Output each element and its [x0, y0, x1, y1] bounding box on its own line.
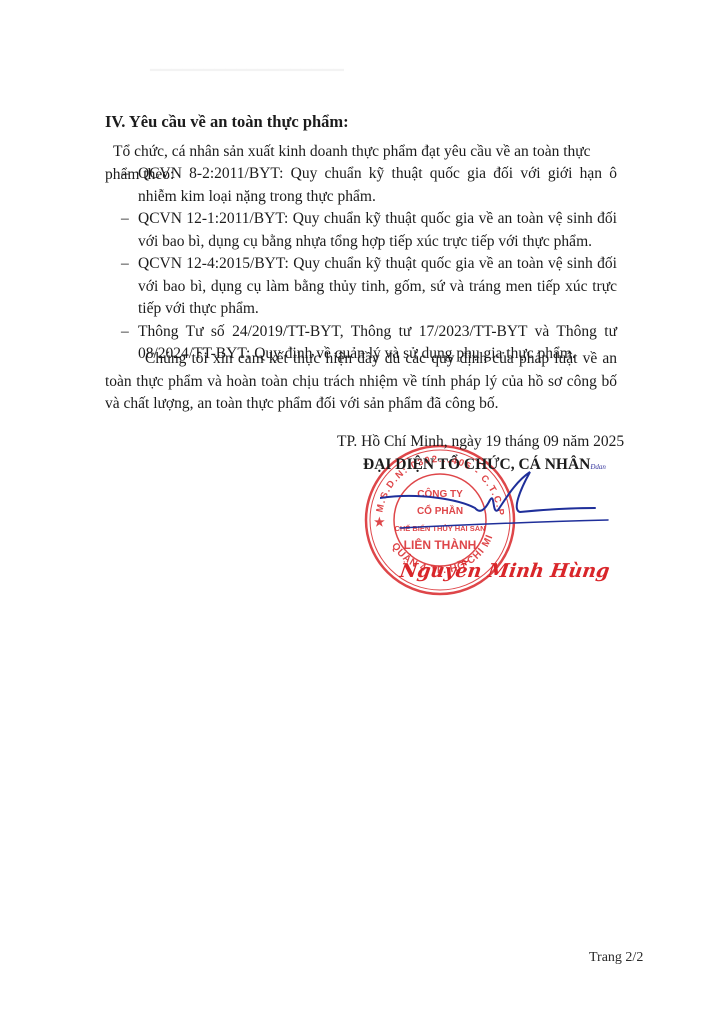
document-page: ▔▔▔▔▔▔▔▔▔▔▔▔▔▔▔▔▔▔ IV. Yêu cầu về an toà…: [0, 0, 724, 1024]
commitment-paragraph: Chúng tôi xin cam kết thực hiện đầy đủ c…: [105, 348, 617, 416]
signer-name: Nguyễn Minh Hùng: [398, 560, 610, 582]
requirements-list: –QCVN 8-2:2011/BYT: Quy chuẩn kỹ thuật q…: [105, 163, 617, 366]
page-number: Trang 2/2: [589, 950, 643, 966]
handwritten-signature: [380, 470, 610, 550]
bullet-dash: –: [121, 253, 129, 276]
bleed-through-text: ▔▔▔▔▔▔▔▔▔▔▔▔▔▔▔▔▔▔: [150, 70, 344, 87]
requirement-item: –QCVN 12-4:2015/BYT: Quy chuẩn kỹ thuật …: [105, 253, 617, 321]
bullet-dash: –: [121, 321, 129, 344]
requirement-item: –QCVN 12-1:2011/BYT: Quy chuẩn kỹ thuật …: [105, 208, 617, 253]
requirement-item: –QCVN 8-2:2011/BYT: Quy chuẩn kỹ thuật q…: [105, 163, 617, 208]
date-line: TP. Hồ Chí Minh, ngày 19 tháng 09 năm 20…: [337, 433, 624, 451]
bullet-dash: –: [121, 208, 129, 231]
bullet-dash: –: [121, 163, 129, 186]
section-heading: IV. Yêu cầu về an toàn thực phẩm:: [105, 112, 349, 132]
